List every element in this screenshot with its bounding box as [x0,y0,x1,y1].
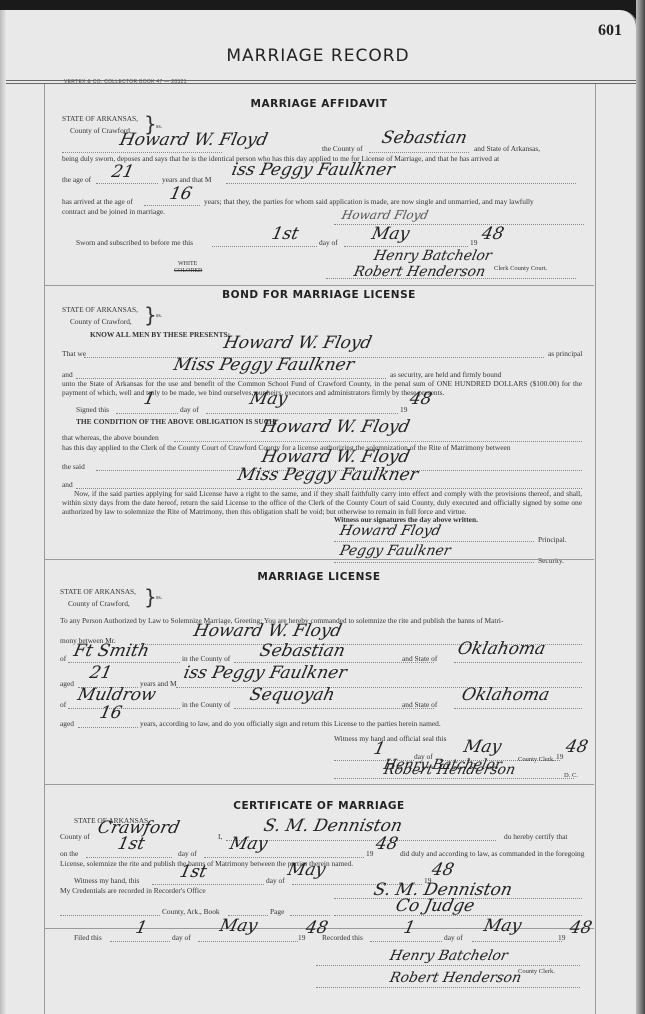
month-line [206,413,398,414]
text: and State of [402,700,437,709]
witness-day-line [152,884,264,885]
hw-groom-signature: Howard Floyd [341,208,430,222]
dc-label: D. C. [564,771,578,780]
page-number: 601 [598,22,622,40]
condition-text: THE CONDITION OF THE ABOVE OBLIGATION IS… [76,417,277,426]
hw-groom-county: Sebastian [258,641,347,661]
text: the said [62,462,85,471]
clerk-label: County Clerk. [518,967,555,976]
hw-day: 1st [116,834,147,854]
state-label: STATE OF ARKANSAS, [62,114,138,123]
bounden-line [174,441,582,442]
clerk-label: County Clerk. [518,755,555,764]
text: Recorded this [322,933,363,942]
text: did duly and according to law, as comman… [400,849,584,858]
text: of [60,700,66,709]
marriage-license-section: MARRIAGE LICENSE STATE OF ARKANSAS, Coun… [44,559,594,774]
text: do hereby certify that [504,832,567,841]
text: as principal [548,349,582,358]
hw-month: May [228,834,269,854]
hw-month: May [370,224,411,244]
groom-signature-line [334,224,584,225]
text: 19 [470,238,477,247]
text: has arrived at the age of [62,197,133,206]
text: Witness my hand, this [74,876,139,885]
brace: } [144,585,157,609]
hw-groom-county: Sebastian [380,128,469,148]
hw-title: Co Judge [394,896,477,916]
county-label: County of Crawford, [68,599,130,608]
hw-bounden: Howard W. Floyd [260,417,412,437]
deputy-line [316,987,580,988]
text: I, [218,832,222,841]
month-line [204,857,364,858]
hw-month: May [462,737,503,757]
text: aged [60,719,74,728]
age-line [96,183,158,184]
day-line [86,857,172,858]
hw-year: 48 [480,224,506,244]
certificate-section: CERTIFICATE OF MARRIAGE STATE OF ARKANSA… [44,784,594,919]
text: Sworn and subscribed to before me this [76,238,193,247]
hw-groom-city: Ft Smith [72,641,151,661]
hw-filed-month: May [218,916,259,936]
bride-city-line [68,708,180,709]
bond-section: BOND FOR MARRIAGE LICENSE STATE OF ARKAN… [44,285,594,555]
hw-groom-age: 21 [110,162,136,182]
page-line [290,915,330,916]
hw-day: 1st [270,224,301,244]
state-label: STATE OF ARKANSAS, [60,587,136,596]
hw-said-groom: Howard W. Floyd [260,447,412,467]
clerk-title: Clerk County Court. [494,264,547,273]
text: and [62,370,73,379]
bride-line [226,183,576,184]
text: day of [172,933,191,942]
hw-officiant: S. M. Denniston [262,816,404,836]
text: in the County of [182,700,230,709]
principal-signature-line [334,541,534,542]
text: Filed this [74,933,102,942]
text: Signed this [76,405,109,414]
hw-bride: iss Peggy Faulkner [230,160,397,180]
text: day of [319,238,338,247]
text: years, according to law, and do you offi… [140,719,441,728]
text: day of [180,405,199,414]
hw-year: 48 [408,389,434,409]
license-signatures: County Clerk. Robert Henderson D. C. [44,766,594,786]
month-line [344,246,468,247]
affidavit-heading: MARRIAGE AFFIDAVIT [44,98,594,110]
hw-witness-month: May [286,860,327,880]
brace: } [144,303,157,327]
hw-groom-state: Oklahoma [456,639,548,659]
hw-principal: Howard W. Floyd [222,333,374,353]
text: and State of Arkansas, [474,144,540,153]
bride-state-line [454,708,582,709]
bond-paragraph: unto the State of Arkansas for the use a… [62,379,582,397]
ss-label: ss. [156,594,162,603]
hw-deputy-signature: Robert Henderson [388,970,522,986]
hw-recorded-year: 48 [568,918,594,938]
text: in the County of [182,654,230,663]
marriage-affidavit-section: MARRIAGE AFFIDAVIT STATE OF ARKANSAS, Co… [44,84,594,274]
state-label: STATE OF ARKANSAS, [62,305,138,314]
know-all-text: KNOW ALL MEN BY THESE PRESENTS: [90,330,230,339]
certificate-heading: CERTIFICATE OF MARRIAGE [44,800,594,812]
text: 19 [366,849,373,858]
text: years; that they, the parties for whom s… [204,197,534,206]
hw-year: 48 [374,834,400,854]
hw-security: Miss Peggy Faulkner [172,355,356,375]
text: and State of [402,654,437,663]
bride-age-line [144,205,200,206]
hw-groom: Howard W. Floyd [192,621,344,641]
text: day of [444,933,463,942]
license-heading: MARRIAGE LICENSE [44,571,594,583]
day-line [116,413,178,414]
county-label: County of Crawford, [70,317,132,326]
bond-condition-paragraph: Now, if the said parties applying for sa… [62,489,582,516]
text: 19 [400,405,407,414]
page-title: MARRIAGE RECORD [0,46,636,66]
text: of [60,654,66,663]
principal-label: Principal. [538,535,567,544]
text: County of [60,832,90,841]
hw-bride-age: 16 [168,184,194,204]
credentials-text: My Credentials are recorded in Recorder'… [60,886,206,895]
hw-security-signature: Peggy Faulkner [338,543,452,559]
text: the County of [322,144,363,153]
text: day of [178,849,197,858]
text: County, Ark., Book [162,907,220,916]
bond-heading: BOND FOR MARRIAGE LICENSE [44,289,594,301]
hw-deputy-signature: Robert Henderson [382,762,516,778]
groom-state-line [454,662,582,663]
credentials-county-line [60,915,160,916]
groom-line [62,152,222,153]
text: aged [60,679,74,688]
deputy-line [334,778,574,779]
hw-said-bride: Miss Peggy Faulkner [236,465,420,485]
recorded-day-line [370,941,442,942]
hw-principal-signature: Howard Floyd [338,523,442,539]
text: 19 [556,752,563,761]
hw-bride-city: Muldrow [76,685,158,705]
county-line [369,152,469,153]
ss-label: ss. [156,312,162,321]
text: the age of [62,175,91,184]
hw-bride-state: Oklahoma [460,685,552,705]
hw-clerk-signature: Henry Batchelor [388,948,509,964]
filing-section: Filed this 1 day of May 19 48 Recorded t… [44,928,594,1014]
hw-bride: iss Peggy Faulkner [182,663,349,683]
hw-witness-day: 1st [178,862,209,882]
page-binding [0,10,6,1014]
text: on the [60,849,78,858]
text: That we [62,349,86,358]
book-edge [636,0,645,1014]
hw-witness-year: 48 [430,860,456,880]
hw-deputy-signature: Robert Henderson [352,264,486,280]
hw-month: May [248,389,289,409]
filed-day-line [110,941,170,942]
text: day of [266,876,285,885]
race-struck: COLORED [174,267,202,276]
text: years and that M [162,175,211,184]
witness-text: Witness my hand and official seal this [334,734,446,743]
bride-age-line [78,727,138,728]
day-line [212,246,317,247]
filed-month-line [198,941,298,942]
hw-groom-age: 21 [88,663,114,683]
hw-bride-age: 16 [98,703,124,723]
hw-bride-county: Sequoyah [248,685,337,705]
text: 19 [558,933,565,942]
hw-recorded-month: May [482,916,523,936]
hw-clerk-signature: Henry Batchelor [372,248,493,264]
text: as security, are held and firmly bound [390,370,501,379]
text: Page [270,907,284,916]
hw-groom: Howard W. Floyd [118,130,270,150]
recorded-month-line [472,941,562,942]
groom-city-line [68,662,180,663]
clerk-line [316,965,580,966]
text: and [62,480,73,489]
hw-year: 48 [564,737,590,757]
text: contract and be joined in marriage. [62,207,165,216]
text: that whereas, the above bounden [62,433,159,442]
